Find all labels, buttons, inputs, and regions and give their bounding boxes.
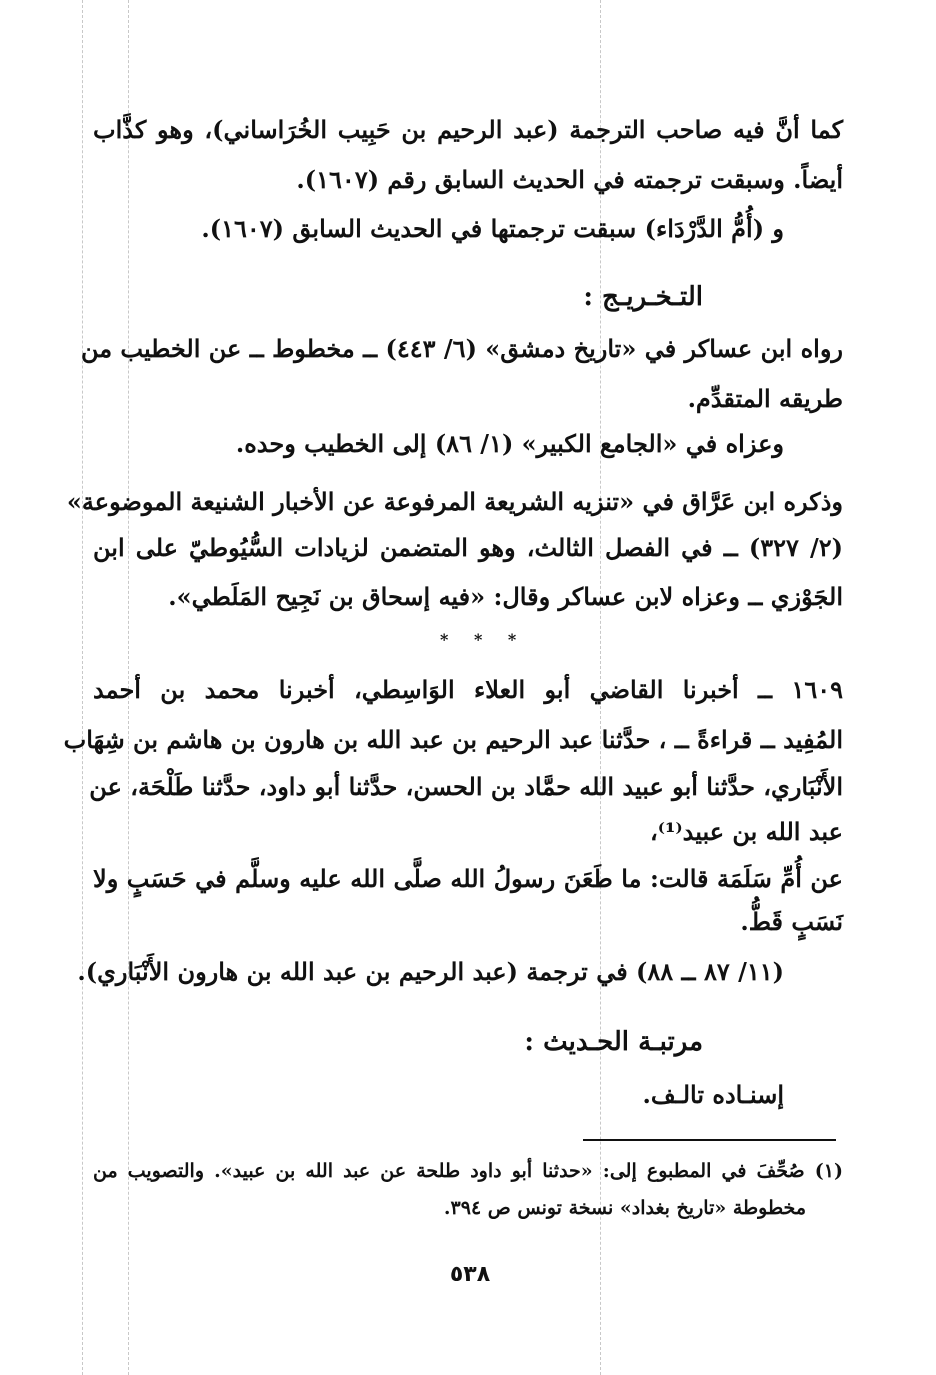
footnote-divider [583,1139,836,1141]
para2-line1: رواه ابن عساكر في «تاريخ دمشق» (٦/ ٤٤٣) … [93,332,843,366]
section-heading-grade: مرتبـة الحـديث : [524,1025,703,1059]
para4-line1: وذكره ابن عَرَّاق في «تنزيه الشريعة المر… [93,485,843,519]
para4-line2: (٢/ ٣٢٧) ــ في الفصل الثالث، وهو المتضمن… [93,531,843,565]
document-page: كما أنَّ فيه صاحب الترجمة (عبد الرحيم بن… [0,0,936,1375]
para1-line2: أيضاً. وسبقت ترجمته في الحديث السابق رقم… [296,163,843,197]
hadith-line2: المُفِيد ــ قراءةً ــ ، حدَّثنا عبد الرح… [93,723,843,757]
grade-text: إسنـاده تالـف. [642,1078,784,1112]
footnote-line2: مخطوطة «تاريخ بغداد» نسخة تونس ص ٣٩٤. [444,1194,806,1222]
scan-artifact-line [82,0,83,1375]
matn-line2: نَسَبٍ قَطُّ. [740,905,843,939]
page-number: ٥٣٨ [430,1262,510,1287]
matn-line1: عن أُمِّ سَلَمَة قالت: ما طَعَنَ رسولُ ا… [93,862,843,896]
hadith-line3: الأَنْبَاري، حدَّثنا أبو عبيد الله حمَّا… [93,770,843,804]
para2-line2: طريقه المتقدِّم. [688,382,843,416]
para1-line1: كما أنَّ فيه صاحب الترجمة (عبد الرحيم بن… [93,113,843,147]
footnote-line1: (١) صُحِّفَ في المطبوع إلى: «حدثنا أبو د… [93,1157,843,1185]
hadith-line4: عبد الله بن عبيد⁽¹⁾، [650,815,843,849]
section-heading-takhrij: التـخـريـج : [583,280,703,314]
section-separator-stars: * * * [440,630,526,649]
para1-line3: و (أُمُّ الدَّرْدَاء) سبقت ترجمتها في ال… [201,212,784,246]
para3-line1: وعزاه في «الجامع الكبير» (١/ ٨٦) إلى الخ… [236,427,784,461]
reference-line: (١١/ ٨٧ ــ ٨٨) في ترجمة (عبد الرحيم بن ع… [77,955,784,989]
hadith-line1: ١٦٠٩ ــ أخبرنا القاضي أبو العلاء الوَاسِ… [93,673,843,707]
para4-line3: الجَوْزي ــ وعزاه لابن عساكر وقال: «فيه … [168,580,843,614]
